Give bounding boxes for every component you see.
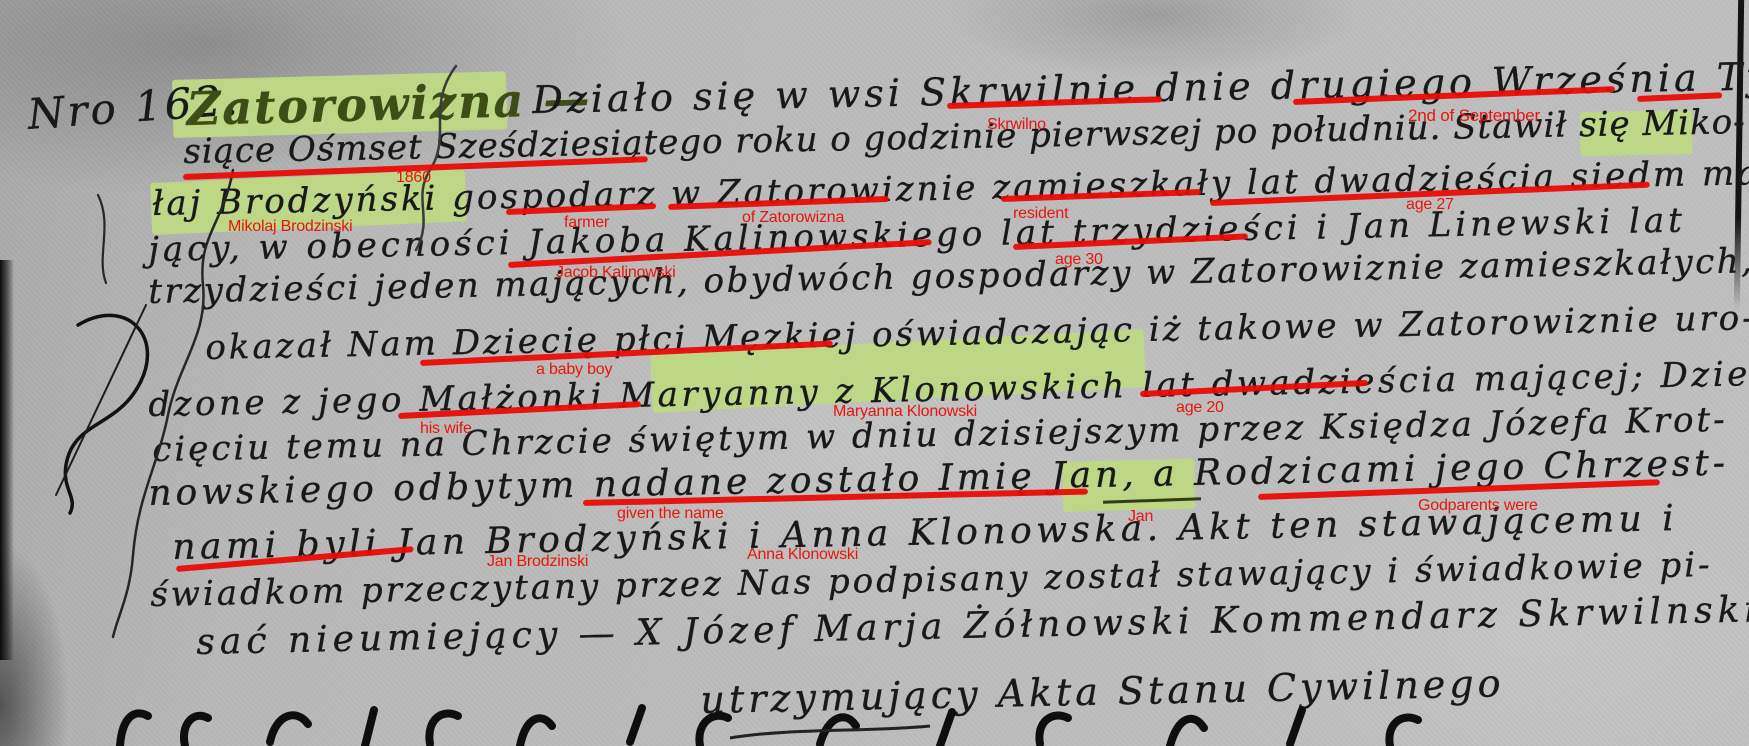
label-godmother-name: Anna Klonowski [747,547,858,564]
label-mother-age: age 20 [1176,400,1224,417]
label-date: 2nd of September [1408,107,1540,125]
label-witness-name: Jacob Kalinowski [556,265,676,282]
label-witness-age: age 30 [1055,252,1103,269]
label-father-age: age 27 [1406,197,1454,214]
scanned-birth-record: Nro 162. Zatorowizna — Działo się w wsi … [0,0,1749,746]
corner-shadow-bottom-left [0,540,70,746]
label-godfather-name: Jan Brodzinski [487,554,588,571]
label-naming: given the name [617,506,724,523]
label-year: 1860 [396,170,431,187]
handwriting-line: utrzymujący Akta Stanu Cywilnego [700,661,1505,722]
label-occupation: farmer [564,215,609,232]
label-father-name: Mikolaj Brodzinski [228,219,352,236]
label-mother-relation: his wife [420,421,472,438]
label-resident: resident [1013,206,1068,223]
label-child-sex: a baby boy [536,362,612,379]
label-mother-name: Maryanna Klonowski [833,404,977,421]
label-residence: of Zatorowizna [742,210,844,227]
label-child-name: Jan [1128,509,1153,526]
label-godparents: Godparents were [1418,498,1538,515]
book-binding-edge-left [0,260,14,660]
label-village: Skrwilno [987,117,1046,134]
